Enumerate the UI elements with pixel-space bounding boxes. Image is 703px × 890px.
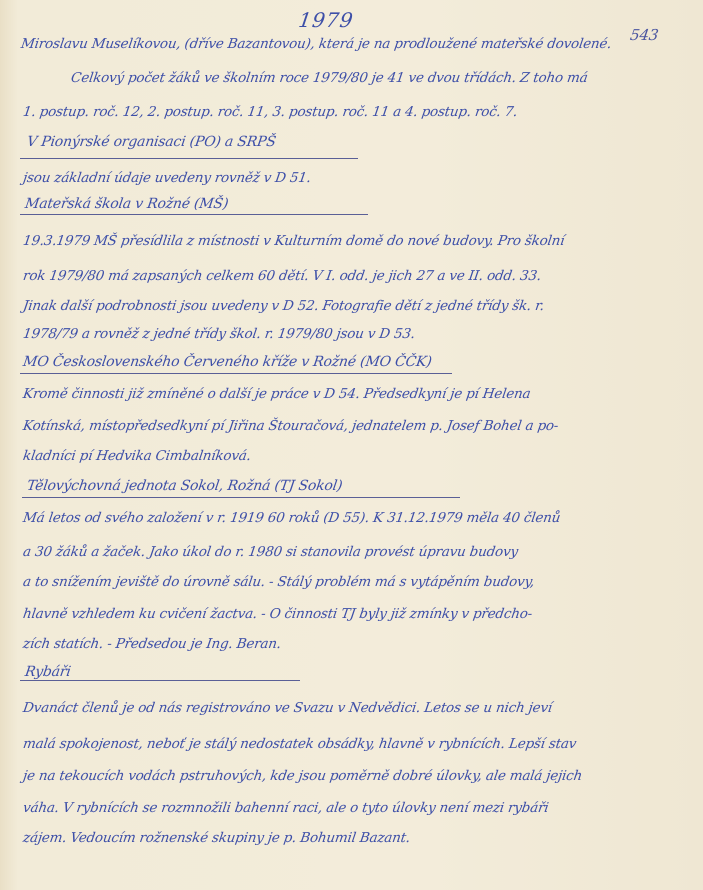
text-line: Jinak další podrobnosti jsou uvedeny v D… <box>22 298 545 314</box>
page-number: 543 <box>629 26 660 44</box>
text-line: Má letos od svého založení v r. 1919 60 … <box>22 510 561 526</box>
year-header: 1979 <box>297 8 355 32</box>
text-line: 1. postup. roč. 12, 2. postup. roč. 11, … <box>22 104 518 120</box>
text-line: Miroslavu Muselíkovou, (dříve Bazantovou… <box>20 36 612 52</box>
section-heading: Rybáři <box>24 664 72 680</box>
text-line: malá spokojenost, neboť je stálý nedosta… <box>22 736 577 752</box>
text-line: zájem. Vedoucím rožnenské skupiny je p. … <box>22 830 411 846</box>
text-line: 1978/79 a rovněž z jedné třídy škol. r. … <box>22 326 416 342</box>
section-heading: MO Československého Červeného kříže v Ro… <box>22 354 433 370</box>
text-line: hlavně vzhledem ku cvičení žactva. - O č… <box>22 606 533 622</box>
text-line: jsou základní údaje uvedeny rovněž v D 5… <box>22 170 312 186</box>
heading-underline <box>22 497 460 498</box>
text-line: váha. V rybnících se rozmnožili bahenní … <box>22 800 550 816</box>
text-line: a 30 žáků a žaček. Jako úkol do r. 1980 … <box>22 544 519 560</box>
text-line: kladníci pí Hedvika Cimbalníková. <box>22 448 252 464</box>
text-line: Dvanáct členů je od nás registrováno ve … <box>22 700 553 716</box>
section-heading: V Pionýrské organisaci (PO) a SRPŠ <box>26 134 277 150</box>
text-line: Celkový počet žáků ve školním roce 1979/… <box>70 70 589 86</box>
section-heading: Mateřská škola v Rožné (MŠ) <box>24 196 229 212</box>
text-line: je na tekoucích vodách pstruhových, kde … <box>22 768 583 784</box>
handwritten-chronicle-page: 1979 543 Miroslavu Muselíkovou, (dříve B… <box>0 0 703 890</box>
heading-underline <box>20 680 300 681</box>
heading-underline <box>20 214 368 215</box>
heading-underline <box>20 158 358 159</box>
heading-underline <box>20 373 452 374</box>
section-heading: Tělovýchovná jednota Sokol, Rožná (TJ So… <box>26 478 343 494</box>
text-line: rok 1979/80 má zapsaných celkem 60 dětí.… <box>22 268 542 284</box>
text-line: Kromě činnosti již zmíněné o další je pr… <box>22 386 532 402</box>
text-line: zích statích. - Předsedou je Ing. Beran. <box>22 636 282 652</box>
text-line: 19.3.1979 MŠ přesídlila z místnosti v Ku… <box>22 233 565 249</box>
text-line: a to snížením jeviště do úrovně sálu. - … <box>22 574 535 590</box>
text-line: Kotínská, místopředsedkyní pí Jiřina Što… <box>22 418 559 434</box>
